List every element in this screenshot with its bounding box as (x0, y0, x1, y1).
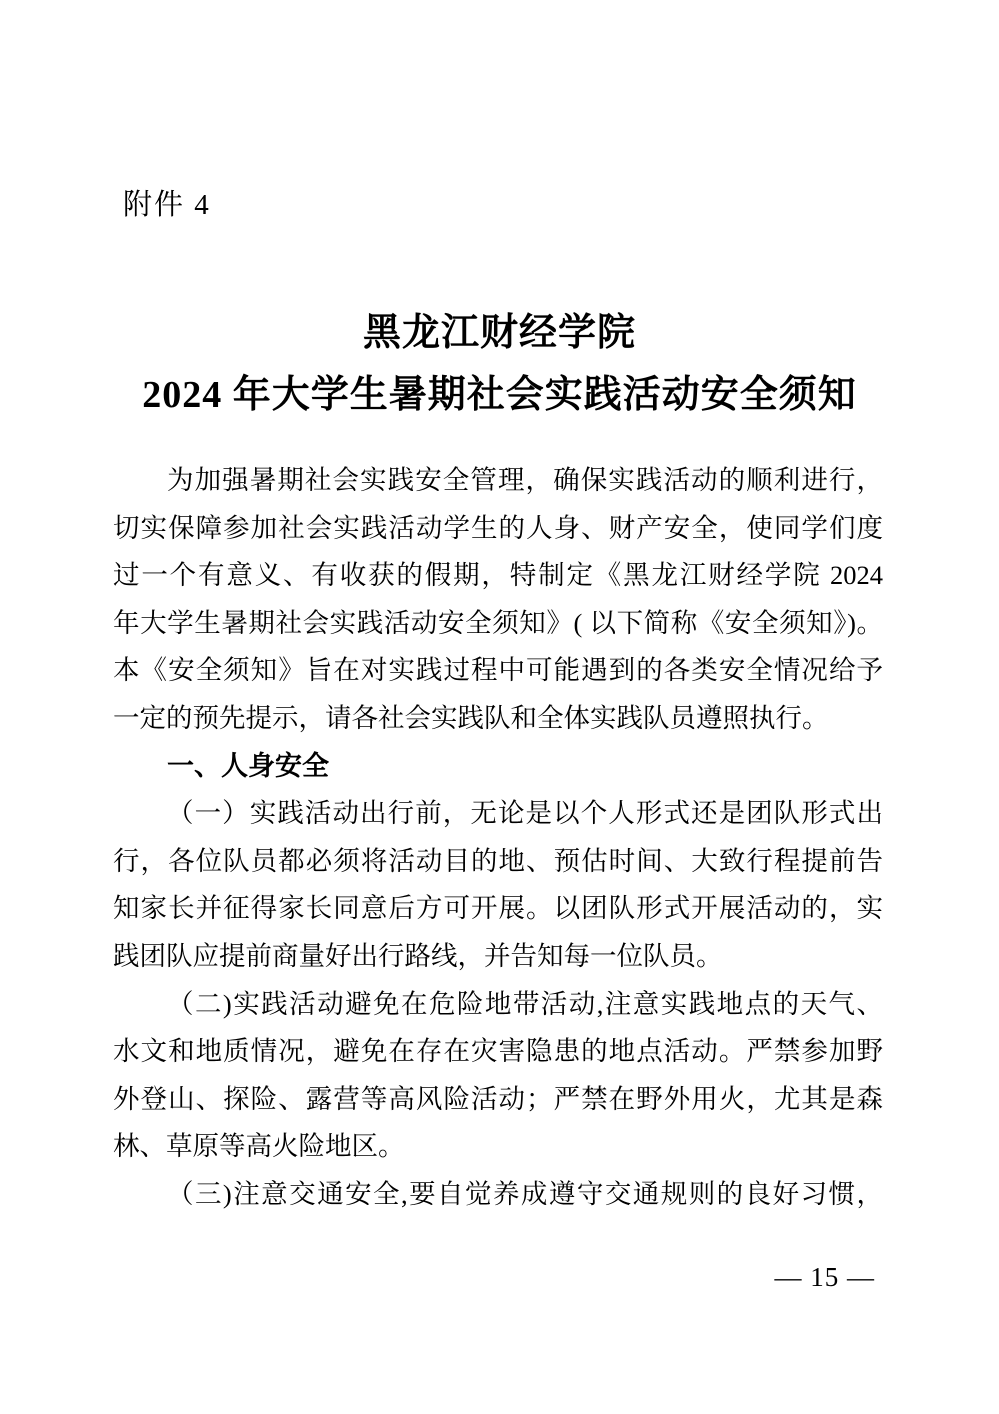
body-line: 一定的预先提示，请各社会实践队和全体实践队员遵照执行。 (113, 695, 883, 743)
body-line: 本《安全须知》旨在对实践过程中可能遇到的各类安全情况给予 (113, 647, 883, 695)
body-line: 知家长并征得家长同意后方可开展。以团队形式开展活动的，实 (113, 885, 883, 933)
attachment-label: 附件 4 (123, 182, 211, 223)
body-line: （三)注意交通安全,要自觉养成遵守交通规则的良好习惯， (113, 1171, 883, 1219)
document-title-line-1: 黑龙江财经学院 (0, 301, 999, 356)
body-line: 行，各位队员都必须将活动目的地、预估时间、大致行程提前告 (113, 838, 883, 886)
document-body: 为加强暑期社会实践安全管理，确保实践活动的顺利进行， 切实保障参加社会实践活动学… (113, 457, 883, 1219)
body-line: 水文和地质情况，避免在存在灾害隐患的地点活动。严禁参加野 (113, 1028, 883, 1076)
page-number: — 15 — (775, 1262, 876, 1293)
document-page: 附件 4 黑龙江财经学院 2024 年大学生暑期社会实践活动安全须知 为加强暑期… (0, 0, 999, 1414)
body-line: 切实保障参加社会实践活动学生的人身、财产安全，使同学们度 (113, 505, 883, 553)
body-line: 为加强暑期社会实践安全管理，确保实践活动的顺利进行， (113, 457, 883, 505)
body-line: 过一个有意义、有收获的假期，特制定《黑龙江财经学院 2024 (113, 552, 883, 600)
body-line: 年大学生暑期社会实践活动安全须知》( 以下简称《安全须知》)。 (113, 600, 883, 648)
body-line: 外登山、探险、露营等高风险活动；严禁在野外用火，尤其是森 (113, 1076, 883, 1124)
body-line: （一）实践活动出行前，无论是以个人形式还是团队形式出 (113, 790, 883, 838)
body-line: 践团队应提前商量好出行路线，并告知每一位队员。 (113, 933, 883, 981)
document-title-line-2: 2024 年大学生暑期社会实践活动安全须知 (0, 363, 999, 418)
section-heading-personal-safety: 一、人身安全 (113, 743, 883, 791)
body-line: 林、草原等高火险地区。 (113, 1123, 883, 1171)
body-line: （二)实践活动避免在危险地带活动,注意实践地点的天气、 (113, 981, 883, 1029)
